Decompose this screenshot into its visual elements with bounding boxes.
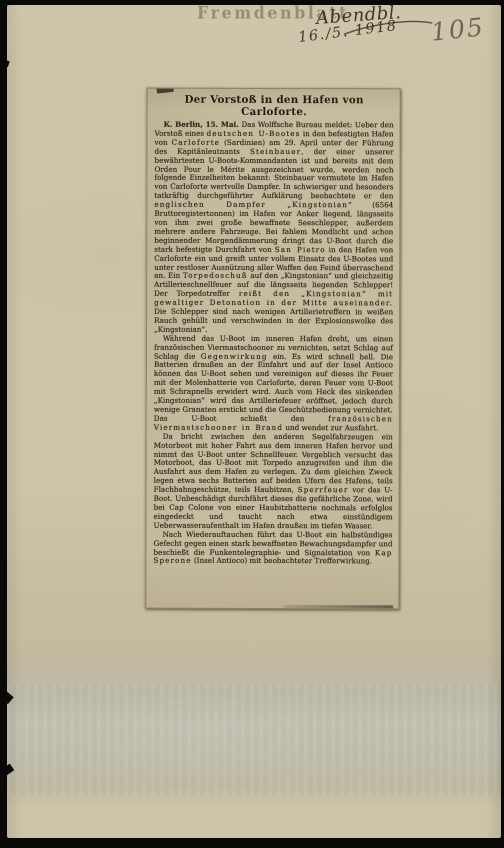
tear-mark-top-left (156, 88, 174, 94)
scan-backdrop: { "page": { "stamp": "Fremdenblatt", "ha… (0, 0, 504, 848)
handwritten-page-number: 105 (430, 12, 486, 46)
article-paragraph: Nach Wiederauftauchen führt das U-Boot e… (153, 530, 392, 566)
scan-discoloration-band (7, 684, 501, 796)
article-body: K. Berlin, 15. Mai. Das Wolffsche Bureau… (153, 121, 393, 567)
album-page: Fremdenblatt Abendbl. 16./5. 1918 105 De… (7, 5, 501, 838)
tear-mark-bottom (283, 605, 393, 609)
newspaper-clipping: Der Vorstoß in den Hafen von Carloforte.… (145, 88, 400, 610)
article-paragraph: Da bricht zwischen den anderen Segelfahr… (154, 432, 393, 531)
article-headline: Der Vorstoß in den Hafen von Carloforte. (157, 94, 391, 119)
article-paragraph: Während das U-Boot im inneren Hafen dreh… (154, 334, 393, 433)
article-paragraph: K. Berlin, 15. Mai. Das Wolffsche Bureau… (154, 121, 394, 335)
